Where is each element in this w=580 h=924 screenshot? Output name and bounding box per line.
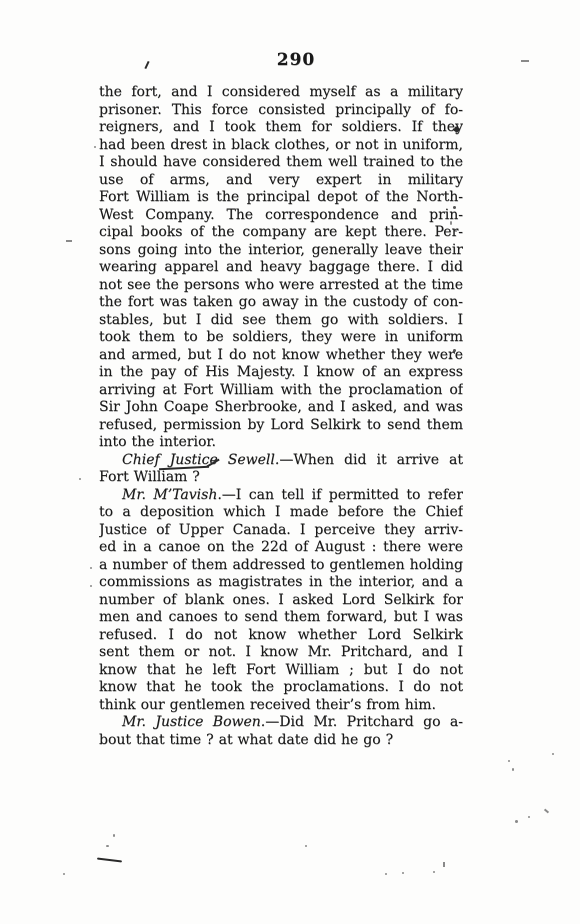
- text-line: commissions as magistrates in the interi…: [99, 574, 463, 592]
- text-line: Fort William is the principal depot of t…: [99, 189, 463, 207]
- text-line: sent them or not. I know Mr. Pritchard, …: [99, 644, 463, 662]
- text-line: arriving at Fort William with the procla…: [99, 382, 463, 400]
- scan-artifact: [512, 768, 514, 771]
- text-block: the fort, and I considered myself as a m…: [99, 84, 463, 749]
- scan-artifact: [66, 240, 72, 242]
- text-line: had been drest in black clothes, or not …: [99, 137, 463, 155]
- text-line: Chief Justice Sewell.—When did it arrive…: [99, 452, 463, 470]
- scan-artifact: [63, 873, 65, 875]
- scan-artifact: [305, 845, 307, 847]
- text-line: reigners, and I took them for soldiers. …: [99, 119, 463, 137]
- speaker-name: Mr. Justice Bowen.: [122, 714, 265, 730]
- scan-artifact: [113, 834, 115, 837]
- scan-artifact: [443, 862, 445, 867]
- scan-artifact: [552, 753, 554, 755]
- text-line: cipal books of the company are kept ther…: [99, 224, 463, 242]
- text-line: into the interior.: [99, 434, 463, 452]
- text-line: took them to be soldiers, they were in u…: [99, 329, 463, 347]
- paragraph: the fort, and I considered myself as a m…: [99, 84, 463, 452]
- text-line: know that he took the proclamations. I d…: [99, 679, 463, 697]
- scan-artifact: [528, 816, 530, 818]
- scanned-book-page: 290 the fort, and I considered myself as…: [0, 0, 580, 924]
- text-line: Fort William ?: [99, 469, 463, 487]
- page-number: 290: [6, 50, 580, 70]
- text-line: bout that time ? at what date did he go …: [99, 732, 463, 750]
- scan-artifact: [90, 567, 92, 569]
- text-line: ed in a canoe on the 22d of August : the…: [99, 539, 463, 557]
- text-line: prisoner. This force consisted principal…: [99, 102, 463, 120]
- scan-artifact: [385, 873, 387, 875]
- scan-artifact: [433, 871, 435, 873]
- text-line: Mr. Justice Bowen.—Did Mr. Pritchard go …: [99, 714, 463, 732]
- text-line: know that he left Fort William ; but I d…: [99, 662, 463, 680]
- text-line: a number of them addressed to gentlemen …: [99, 557, 463, 575]
- paragraph: Mr. Justice Bowen.—Did Mr. Pritchard go …: [99, 714, 463, 749]
- scan-artifact: [544, 809, 549, 814]
- paragraph: Chief Justice Sewell.—When did it arrive…: [99, 452, 463, 487]
- text-line: use of arms, and very expert in military…: [99, 172, 463, 190]
- scan-artifact: [79, 478, 81, 480]
- text-line: to a deposition which I made before the …: [99, 504, 463, 522]
- text-line: think our gentlemen received their’s fro…: [99, 697, 463, 715]
- text-line: stables, but I did see them go with sold…: [99, 312, 463, 330]
- speaker-name: Mr. M’Tavish.: [122, 487, 222, 503]
- scan-artifact: [90, 585, 92, 587]
- scan-artifact: [402, 872, 404, 874]
- text-line: refused, permission by Lord Selkirk to s…: [99, 417, 463, 435]
- paragraph: Mr. M’Tavish.—I can tell if permitted to…: [99, 487, 463, 715]
- text-line: and armed, but I do not know whether the…: [99, 347, 463, 365]
- scan-artifact: [94, 146, 96, 148]
- text-line: Sir John Coape Sherbrooke, and I asked, …: [99, 399, 463, 417]
- text-line: the fort was taken go away in the custod…: [99, 294, 463, 312]
- scan-artifact: [508, 760, 510, 762]
- scan-artifact: [106, 845, 109, 847]
- text-line: West Company. The correspondence and pri…: [99, 207, 463, 225]
- scan-artifact: [515, 820, 518, 823]
- text-line: refused. I do not know whether Lord Selk…: [99, 627, 463, 645]
- text-line: Justice of Upper Canada. I perceive they…: [99, 522, 463, 540]
- text-line: men and canoes to send them forward, but…: [99, 609, 463, 627]
- scan-artifact-dash: [97, 857, 122, 862]
- text-line: not see the persons who were arrested at…: [99, 277, 463, 295]
- speaker-name: Chief Justice Sewell.: [122, 452, 279, 468]
- text-line: in the pay of His Majesty. I know of an …: [99, 364, 463, 382]
- text-line: the fort, and I considered myself as a m…: [99, 84, 463, 102]
- text-line: number of blank ones. I asked Lord Selki…: [99, 592, 463, 610]
- text-line: I should have considered them well train…: [99, 154, 463, 172]
- text-line: sons going into the interior, generally …: [99, 242, 463, 260]
- text-line: Mr. M’Tavish.—I can tell if permitted to…: [99, 487, 463, 505]
- text-line: wearing apparel and heavy baggage there.…: [99, 259, 463, 277]
